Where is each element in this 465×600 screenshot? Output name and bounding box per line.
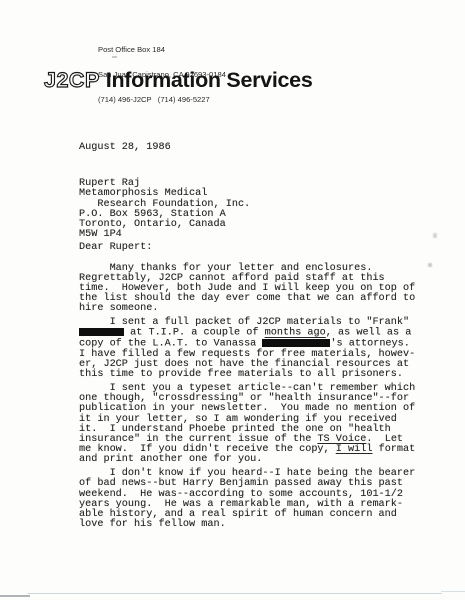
text-run: this time to provide free materials to a…: [79, 369, 403, 380]
redaction-bar: [262, 339, 330, 347]
letter-line: I sent a full packet of J2CP materials t…: [79, 318, 435, 328]
page-bottom-edge: [0, 595, 30, 597]
text-run: format: [372, 444, 415, 455]
page-bottom-edge: [28, 593, 442, 594]
paragraph: Many thanks for your letter and enclosur…: [79, 264, 435, 315]
logo-name-text: Information Services: [106, 68, 313, 92]
letter-line: and print another one for you.: [79, 455, 435, 465]
scanned-letter-page: Post Office Box 184 San Juan Capistrano,…: [0, 0, 465, 600]
text-run: and print another one for you.: [79, 454, 262, 465]
j2cp-logo-mark: J2CP: [44, 68, 100, 92]
paragraph: I sent a full packet of J2CP materials t…: [79, 318, 435, 380]
letter-line: at T.I.P. a couple of months ago, as wel…: [79, 328, 435, 339]
letter-body: Many thanks for your letter and enclosur…: [79, 264, 435, 531]
text-run: at T.I.P. a couple of: [124, 328, 265, 339]
underlined-text: I will: [336, 444, 373, 455]
letterhead-address-line: (714) 496-J2CP (714) 496-5227: [98, 96, 226, 104]
underlined-text: months ago: [265, 328, 326, 339]
company-logo: J2CPInformation Services: [44, 68, 312, 93]
recipient-line: M5W 1P4: [79, 230, 435, 240]
page-bottom-edge: [441, 591, 465, 592]
letter-line: hire someone.: [79, 304, 435, 314]
salutation: Dear Rupert:: [79, 243, 435, 253]
paragraph: I sent you a typeset article--can't reme…: [79, 384, 435, 466]
letter-date: August 28, 1986: [79, 143, 435, 153]
letter-line: this time to provide free materials to a…: [79, 370, 435, 380]
recipient-address: Rupert Raj Metamorphosis Medical Researc…: [79, 179, 435, 240]
text-run: I sent a full packet of J2CP materials t…: [79, 317, 409, 328]
letter-line: love for his fellow man.: [79, 520, 435, 530]
text-run: love for his fellow man.: [79, 519, 226, 530]
letter-content: August 28, 1986 Rupert Raj Metamorphosis…: [79, 143, 435, 530]
paragraph: I don't know if you heard--I hate being …: [79, 469, 435, 530]
recipient-line: Toronto, Ontario, Canada: [79, 220, 435, 230]
letterhead-address-line: Post Office Box 184: [98, 46, 226, 54]
text-run: , as well as a: [326, 328, 412, 339]
redaction-bar: [79, 328, 124, 336]
text-run: hire someone.: [79, 303, 158, 314]
